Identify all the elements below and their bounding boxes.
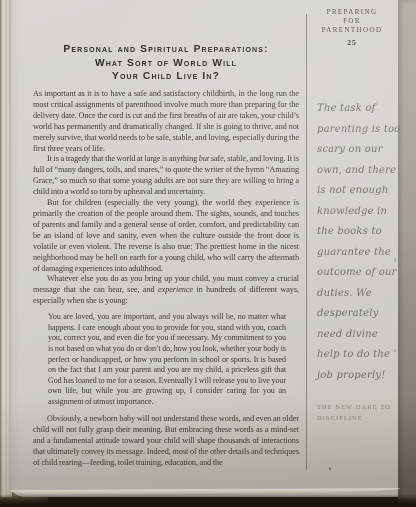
paragraph: Obviously, a newborn baby will not under…	[33, 414, 299, 469]
pull-quote-line: help to do the	[317, 345, 401, 366]
paragraph: Whatever else you do as you bring up you…	[33, 274, 299, 307]
bottom-shadow	[0, 494, 416, 507]
pull-quote-line: desperately	[317, 304, 401, 325]
page-number: 25	[308, 38, 396, 47]
pull-quote-line: The task of	[317, 99, 401, 120]
pull-quote-line: parenting is too	[317, 120, 401, 141]
block-quote: You are loved, you are important, and yo…	[48, 312, 286, 407]
pull-quote-line: knowledge in	[317, 202, 401, 223]
ink-speck	[329, 467, 331, 470]
pull-quote-lines: The task ofparenting is tooscary on ouro…	[317, 99, 401, 386]
ink-speck	[394, 349, 396, 352]
section-title-line: Personal and Spiritual Preparations:	[33, 43, 299, 57]
body-text: As important as it is to have a safe and…	[33, 89, 299, 469]
pull-quote-line: guarantee the	[317, 243, 401, 264]
running-head: PREPARINGFORPARENTHOOD 25	[308, 8, 396, 47]
pull-quote-source: DISCIPLINE	[317, 413, 401, 424]
pull-quote-source: THE NEW DARE TO	[317, 402, 401, 413]
pull-quote-line: own, and there	[317, 161, 401, 182]
pull-quote-attribution: THE NEW DARE TODISCIPLINE	[317, 402, 401, 424]
book-page-photo: PREPARINGFORPARENTHOOD 25 Personal and S…	[0, 0, 416, 507]
paragraph: As important as it is to have a safe and…	[33, 89, 299, 154]
running-head-lines: PREPARINGFORPARENTHOOD	[308, 8, 396, 35]
section-title: Personal and Spiritual Preparations:What…	[33, 43, 299, 84]
pull-quote-line: is not enough	[317, 181, 401, 202]
paragraph: But for children (especially the very yo…	[33, 198, 299, 274]
running-head-line: PREPARING	[308, 8, 396, 17]
pull-quote-line: duties. We	[317, 284, 401, 305]
pull-quote-line: need divine	[317, 325, 401, 346]
running-head-line: FOR	[308, 17, 396, 26]
pull-quote-line: job properly!	[317, 366, 401, 387]
column-rule	[306, 14, 307, 470]
pull-quote-line: the books to	[317, 222, 401, 243]
running-head-line: PARENTHOOD	[308, 26, 396, 35]
ink-speck	[394, 258, 396, 262]
paragraph: It is a tragedy that the world at large …	[33, 154, 299, 198]
section-title-line: What Sort of World Will	[33, 57, 299, 71]
section-title-line: Your Child Live In?	[33, 70, 299, 84]
pull-quote-line: scary on our	[317, 140, 401, 161]
pull-quote: The task ofparenting is tooscary on ouro…	[317, 99, 401, 424]
pull-quote-line: outcome of our	[317, 263, 401, 284]
